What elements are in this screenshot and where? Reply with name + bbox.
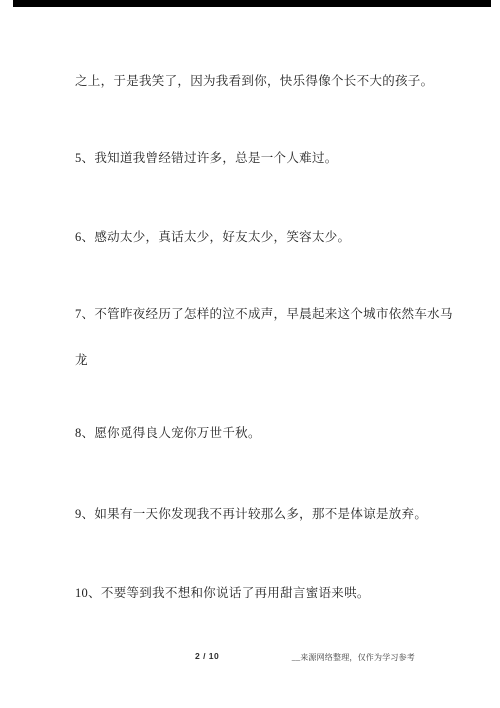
page-number: 2 / 10: [195, 651, 219, 661]
paragraph-line-item-5: 5、我知道我曾经错过许多，总是一个人难过。: [75, 151, 338, 165]
document-page: 之上，于是我笑了，因为我看到你，快乐得像个长不大的孩子。 5、我知道我曾经错过许…: [0, 0, 500, 708]
paragraph-line-item-10: 10、不要等到我不想和你说话了再用甜言蜜语来哄。: [75, 586, 370, 600]
paragraph-line-item-6: 6、感动太少，真话太少，好友太少，笑容太少。: [75, 230, 350, 244]
paragraph-line-item-9: 9、如果有一天你发现我不再计较那么多，那不是体谅是放弃。: [75, 507, 427, 521]
paragraph-line-item-7-wrap: 龙: [75, 353, 88, 367]
top-border-bar: [13, 0, 491, 7]
paragraph-line-item-7: 7、不管昨夜经历了怎样的泣不成声，早晨起来这个城市依然车水马: [75, 307, 453, 321]
footer-attribution: __来源网络整理，仅作为学习参考: [292, 652, 415, 663]
paragraph-line-item-8: 8、愿你觅得良人宠你万世千秋。: [75, 426, 261, 440]
paragraph-line-wrap-4: 之上，于是我笑了，因为我看到你，快乐得像个长不大的孩子。: [75, 74, 433, 88]
